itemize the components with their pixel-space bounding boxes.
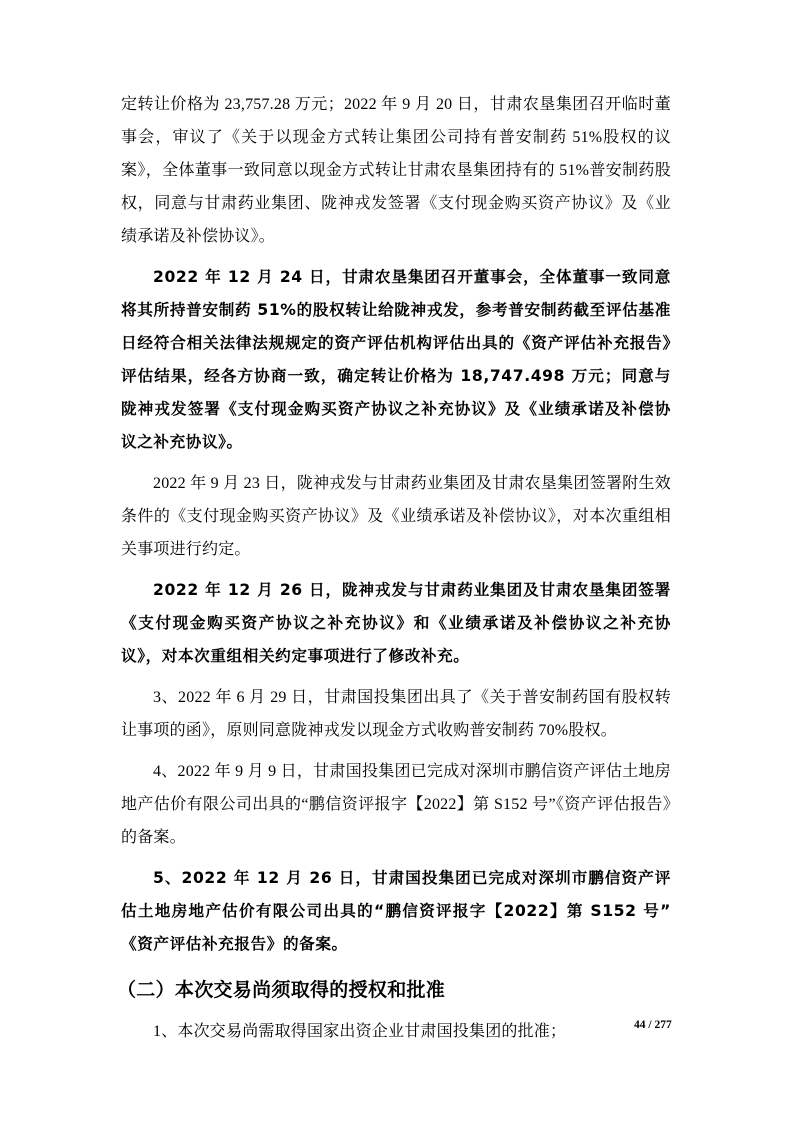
paragraph-supplement-dec-26: 2022 年 12 月 26 日，陇神戎发与甘肃药业集团及甘肃农垦集团签署《支付…: [121, 574, 671, 673]
paragraph-agreement-sep-23: 2022 年 9 月 23 日，陇神戎发与甘肃药业集团及甘肃农垦集团签署附生效条…: [121, 467, 671, 566]
paragraph-section-item-1: 1、本次交易尚需取得国家出资企业甘肃国投集团的批准；: [121, 1015, 671, 1048]
section-heading: （二）本次交易尚须取得的授权和批准: [117, 973, 671, 1007]
paragraph-board-meeting-dec-24: 2022 年 12 月 24 日，甘肃农垦集团召开董事会，全体董事一致同意将其所…: [121, 261, 671, 459]
paragraph-item-3: 3、2022 年 6 月 29 日，甘肃国投集团出具了《关于普安制药国有股权转让…: [121, 681, 671, 747]
paragraph-item-5: 5、2022 年 12 月 26 日，甘肃国投集团已完成对深圳市鹏信资产评估土地…: [121, 862, 671, 961]
paragraph-approval-sep-20: 定转让价格为 23,757.28 万元；2022 年 9 月 20 日，甘肃农垦…: [121, 88, 671, 253]
paragraph-item-4: 4、2022 年 9 月 9 日，甘肃国投集团已完成对深圳市鹏信资产评估土地房地…: [121, 755, 671, 854]
document-page: 定转让价格为 23,757.28 万元；2022 年 9 月 20 日，甘肃农垦…: [121, 88, 671, 1056]
page-number: 44 / 277: [634, 1019, 672, 1031]
